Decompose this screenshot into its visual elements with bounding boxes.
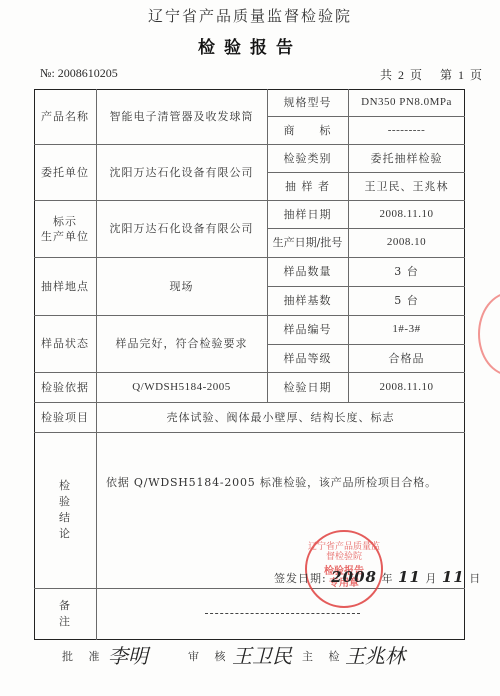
value-basis: Q/WDSH5184-2005 [96,372,267,402]
value-sample-grade: 合格品 [348,344,465,372]
label-sampling-place: 抽样地点 [34,257,96,315]
institute-name: 辽宁省产品质量监督检验院 [0,5,500,26]
label-sampler: 抽 样 者 [267,172,348,200]
value-inspection-date: 2008.11.10 [348,372,465,402]
label-spec: 规格型号 [267,89,348,116]
value-product-name: 智能电子清管器及收发球筒 [96,89,267,144]
page-count: 共 2 页 第 1 页 [380,66,482,83]
value-sample-no: 1#-3# [348,315,465,344]
label-sampling-date: 抽样日期 [267,200,348,228]
issue-date-label: 签发日期: [274,572,327,585]
value-sampling-base: 5 台 [348,286,465,315]
label-manufacturer-line2: 生产单位 [41,229,89,244]
value-trademark: --------- [348,116,465,144]
label-conclusion: 检 验 结 论 [34,432,96,588]
value-client: 沈阳万达石化设备有限公司 [96,144,267,200]
label-sampling-base: 抽样基数 [267,286,348,315]
value-sampling-date: 2008.11.10 [348,200,465,228]
issue-year: 2008 [331,568,377,586]
label-trademark: 商 标 [267,116,348,144]
divider [34,588,465,589]
document-title: 检验报告 [0,33,500,58]
edge-seal [478,292,500,376]
approve-signature: 李明 [108,640,148,669]
approve-label: 批 准 [62,648,106,664]
value-inspection-type: 委托抽样检验 [348,144,465,172]
issue-date: 签发日期: 2008 年 11 月 11 日 [274,568,481,586]
label-product-name: 产品名称 [34,89,96,144]
issue-day: 11 [442,568,465,586]
value-production-date: 2008.10 [348,228,465,257]
review-signature: 王卫民 [232,640,292,669]
value-sample-qty: 3 台 [348,257,465,286]
label-sample-no: 样品编号 [267,315,348,344]
label-production-date: 生产日期/批号 [267,228,348,257]
issue-day-unit: 日 [469,572,481,585]
label-sample-qty: 样品数量 [267,257,348,286]
label-basis: 检验依据 [34,372,96,402]
value-spec: DN350 PN8.0MPa [348,89,465,116]
label-inspection-type: 检验类别 [267,144,348,172]
issue-month-unit: 月 [425,572,437,585]
inspector-label: 主 检 [302,648,346,664]
value-sampler: 王卫民、王兆林 [348,172,465,200]
label-sample-grade: 样品等级 [267,344,348,372]
divider [34,432,465,433]
label-items: 检验项目 [34,402,96,432]
label-manufacturer-line1: 标示 [53,214,77,229]
report-number: №: 2008610205 [40,66,118,81]
label-inspection-date: 检验日期 [267,372,348,402]
remarks-empty-line [205,613,360,614]
value-manufacturer: 沈阳万达石化设备有限公司 [96,200,267,257]
label-client: 委托单位 [34,144,96,200]
label-sample-status: 样品状态 [34,315,96,372]
conclusion-text: 依据 Q/WDSH5184-2005 标准检验，该产品所检项目合格。 [106,474,437,490]
label-remarks: 备 注 [34,588,96,640]
value-sampling-place: 现场 [96,257,267,315]
issue-year-unit: 年 [381,572,393,585]
issue-month: 11 [398,568,421,586]
value-items: 壳体试验、阀体最小壁厚、结构长度、标志 [96,402,465,432]
report-no-label: №: [40,66,55,80]
report-no-value: 2008610205 [58,66,118,80]
seal-text-top: 辽宁省产品质量监督检验院 [307,542,381,562]
value-sample-status: 样品完好，符合检验要求 [96,315,267,372]
review-label: 审 核 [188,648,232,664]
inspector-signature: 王兆林 [345,640,405,669]
label-manufacturer: 标示 生产单位 [34,200,96,257]
